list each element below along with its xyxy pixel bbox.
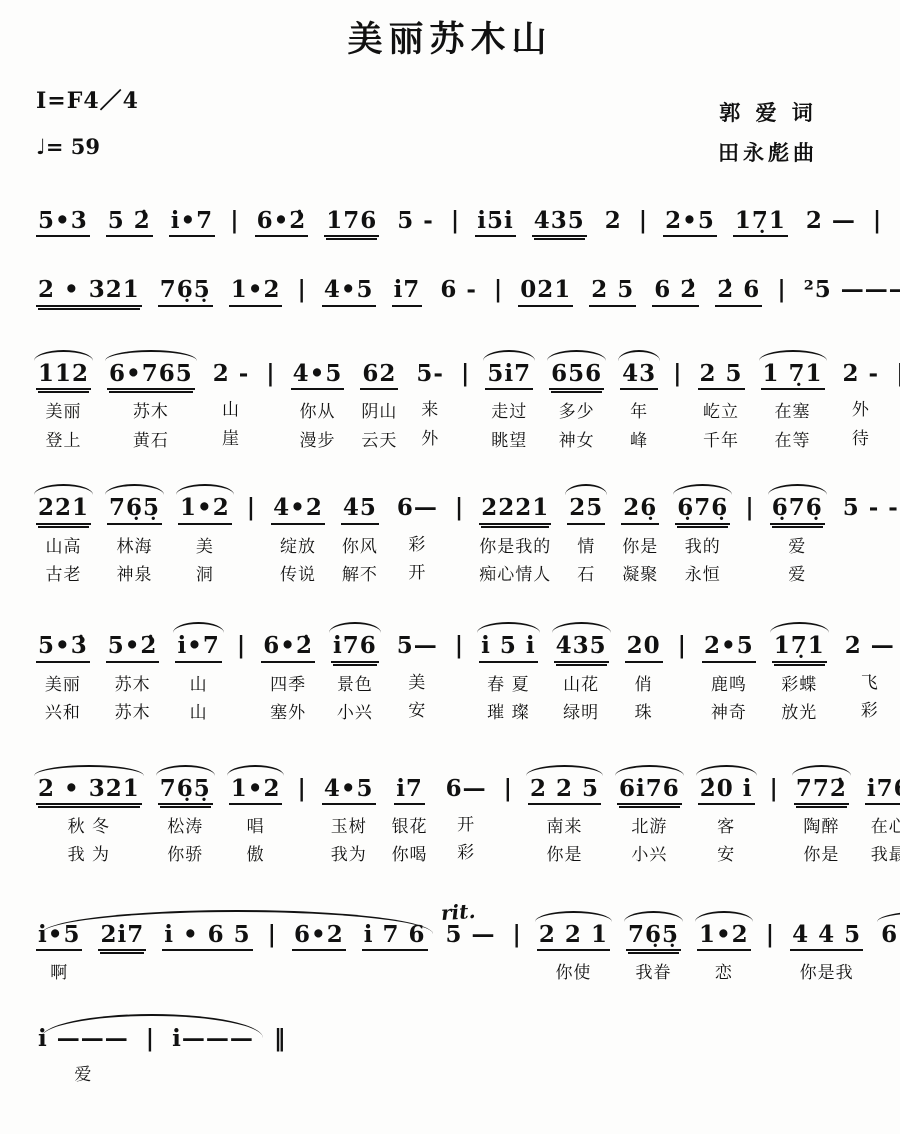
note-group: i • 6 5	[162, 922, 252, 951]
lyric-syllable: 美丽	[36, 402, 91, 422]
note-group: 6•2̇	[261, 633, 315, 662]
lyric-syllable: 我的	[675, 537, 730, 557]
lyric-syllable	[453, 535, 466, 555]
lyric-syllable	[764, 961, 777, 981]
lyric-syllable: 凝聚	[621, 565, 659, 585]
note-cell: 6i76北游小兴	[617, 776, 682, 866]
lyric-syllable: 安	[698, 845, 755, 865]
note-cell: 5 —	[444, 922, 498, 981]
barline-glyph: |	[502, 776, 515, 803]
note-group: 4•2	[271, 495, 325, 524]
lyric-syllable: 苏木	[106, 703, 160, 723]
lyric-syllable: 年	[620, 402, 658, 422]
note-group: 5i7	[485, 361, 533, 390]
lyric-syllable	[841, 563, 900, 583]
note-group: 2 -	[841, 361, 882, 388]
note-cell: i•7山山	[175, 633, 221, 723]
note-cell: 221山高古老	[36, 495, 91, 585]
note-group: 2221	[479, 495, 551, 524]
note-group: 4•5	[291, 361, 345, 390]
lyric-syllable: 珠	[625, 703, 663, 723]
barline: |	[743, 495, 756, 582]
note-cell: 6•2̇四季塞外	[261, 633, 315, 723]
note-group: 6•2	[292, 922, 346, 951]
note-cell: 45你风解不	[341, 495, 379, 585]
lyric-syllable: 俏	[625, 675, 663, 695]
lyric-syllable	[676, 701, 689, 721]
lyric-syllable: 开	[395, 563, 440, 583]
note-cell: 656多少神女	[549, 361, 604, 451]
lyric-syllable: 美	[178, 537, 232, 557]
note-group: 76̣5̣	[158, 776, 213, 805]
note-cell: 5—美安	[395, 633, 440, 721]
note-cell: i•5啊	[36, 922, 82, 984]
note-cell: 2 2 5南来你是	[528, 776, 601, 866]
lyric-syllable: 千年	[698, 431, 745, 451]
lyric-syllable	[170, 1065, 256, 1085]
note-group: 2̇ 6	[715, 277, 762, 306]
barline: |	[775, 277, 788, 304]
lyric-syllable	[144, 1065, 157, 1085]
lyric-syllable	[453, 563, 466, 583]
lyric-syllable	[245, 563, 258, 583]
note-group: 76̣5̣	[626, 922, 681, 951]
note-group: i76	[331, 633, 379, 662]
lyric-syllable: 来	[414, 400, 446, 420]
note-cell: 5 -	[395, 208, 436, 235]
lyric-syllable: 客	[698, 817, 755, 837]
note-cell: 5-来外	[414, 361, 446, 449]
lyric-syllable: 你是	[528, 845, 601, 865]
lyric-syllable: 黄石	[107, 431, 195, 451]
note-group: 5•3̇	[36, 633, 90, 662]
barline-glyph: |	[449, 208, 462, 235]
lyric-syllable: 在等	[761, 431, 825, 451]
note-cell: 1•2恋	[697, 922, 751, 984]
note-cell: ²5 ———	[802, 277, 900, 304]
lyric-syllable: 传说	[271, 565, 325, 585]
barline-glyph: |	[671, 361, 684, 388]
lyric-syllable: 你从	[291, 402, 345, 422]
note-group: i5i	[475, 208, 515, 237]
note-cell: i5i	[475, 208, 515, 237]
lyric-syllable: 外	[841, 400, 882, 420]
barline-glyph: |	[144, 1026, 157, 1053]
note-cell: 2̇0 i客安	[698, 776, 755, 866]
note-cell: 26̣你是凝聚	[621, 495, 659, 585]
note-cell: 112美丽登上	[36, 361, 91, 451]
lyric-syllable: 美丽	[36, 675, 90, 695]
note-group: 2 • 321	[36, 277, 142, 306]
barline: |	[459, 361, 472, 448]
barline: |	[144, 1026, 157, 1085]
lyric-syllable	[235, 701, 248, 721]
lyric-syllable: 爱	[770, 537, 825, 557]
lyric-syllable: 神泉	[107, 565, 162, 585]
lyric-syllable: 洞	[178, 565, 232, 585]
note-group: i———	[170, 1026, 256, 1053]
note-cell: 2 2 1你使	[537, 922, 610, 984]
barline-glyph: |	[235, 633, 248, 660]
lyric-syllable	[459, 400, 472, 420]
lyric-syllable: 安	[395, 701, 440, 721]
lyric-syllable	[502, 843, 515, 863]
lyric-syllable: 苏木	[107, 402, 195, 422]
lyric-syllable	[743, 563, 756, 583]
lyric-syllable: 我眷	[626, 963, 681, 983]
lyricist-credit: 郭 爱 词	[718, 94, 818, 134]
note-cell: i 5 i春 夏璀 璨	[479, 633, 538, 723]
lyric-syllable: 崖	[211, 429, 252, 449]
lyric-syllable	[894, 400, 900, 420]
note-cell: 76̣5̣	[158, 277, 213, 306]
note-cell: 6•2	[292, 922, 346, 983]
note-cell: 2 —飞彩	[843, 633, 897, 721]
lyric-syllable	[245, 535, 258, 555]
barline: |	[235, 633, 248, 720]
note-cell: 6•2̇	[255, 208, 309, 237]
note-group: 021	[518, 277, 573, 306]
lyric-syllable: 彩	[444, 843, 489, 863]
note-group: 6 2̇	[652, 277, 699, 306]
lyric-syllable: 银花	[392, 817, 428, 837]
barline-glyph: |	[295, 776, 308, 803]
note-cell: 435	[532, 208, 587, 237]
score-line: 2 • 32176̣5̣1•2|4•5i76 -|0212 56 2̇2̇ 6|…	[24, 263, 876, 306]
lyric-syllable: 玉树	[322, 817, 376, 837]
note-group: 25	[567, 495, 605, 524]
barline-glyph: |	[453, 495, 466, 522]
barline: |	[511, 922, 524, 981]
barline-glyph: |	[245, 495, 258, 522]
lyric-syllable: 彩蝶	[772, 675, 827, 695]
lyric-syllable: 啊	[36, 963, 82, 983]
barline: |	[894, 361, 900, 448]
lyric-syllable	[98, 963, 146, 983]
barline-glyph: |	[264, 361, 277, 388]
lyric-syllable: 云天	[360, 431, 398, 451]
note-group: 2 2 5	[528, 776, 601, 805]
lyric-syllable: 最	[879, 961, 900, 981]
lyric-syllable: 漫步	[291, 431, 345, 451]
note-cell: 2 5	[589, 277, 636, 306]
credits: 郭 爱 词 田永彪曲	[718, 94, 818, 174]
lyric-syllable	[453, 673, 466, 693]
note-cell: i•7	[169, 208, 215, 237]
note-group: 2	[603, 208, 624, 235]
note-group: i 7 6	[362, 922, 428, 951]
note-cell: 4•2绽放传说	[271, 495, 325, 585]
lyric-syllable: 绿明	[554, 703, 609, 723]
composer-credit: 田永彪曲	[718, 134, 818, 174]
note-cell: 5•3	[36, 208, 90, 237]
note-cell: 2•5	[663, 208, 717, 237]
barline-glyph: |	[743, 495, 756, 522]
lyric-syllable: 傲	[229, 845, 283, 865]
note-group: i 5 i	[479, 633, 538, 662]
note-group: 6̣76̣	[675, 495, 730, 524]
note-cell: 6 2̈ • 5最	[879, 922, 900, 982]
note-group: ²5 ———	[802, 277, 900, 304]
note-group: i7	[392, 277, 423, 306]
lyric-syllable: 你骄	[158, 845, 213, 865]
note-group: i•7	[175, 633, 221, 662]
barline-glyph: |	[228, 208, 241, 235]
barline: |	[266, 922, 279, 981]
lyric-syllable	[444, 961, 498, 981]
barline-glyph: |	[453, 633, 466, 660]
lyric-syllable	[459, 428, 472, 448]
note-cell: 76̣5̣我眷	[626, 922, 681, 984]
note-cell: 6 -	[438, 277, 479, 304]
note-cell: 2 -外待	[841, 361, 882, 449]
note-cell: 772̇陶醉你是	[794, 776, 849, 866]
note-cell: i 7 6	[362, 922, 428, 983]
note-cell: 5 - -	[841, 495, 900, 582]
lyric-syllable: 秋 冬	[36, 817, 142, 837]
note-group: 2 -	[211, 361, 252, 388]
note-group: 2 —	[804, 208, 858, 235]
note-cell: 4•5玉树我为	[322, 776, 376, 866]
lyric-syllable: 山	[175, 675, 221, 695]
lyric-syllable: 苏木	[106, 675, 160, 695]
lyric-syllable: 神奇	[702, 703, 756, 723]
note-group: 5 —	[444, 922, 498, 949]
note-cell: 5•3̇美丽兴和	[36, 633, 90, 723]
barline-glyph: |	[894, 361, 900, 388]
note-cell: ‖	[272, 1026, 289, 1085]
note-group: 1•2	[697, 922, 751, 951]
barline-glyph: |	[459, 361, 472, 388]
lyric-syllable	[264, 428, 277, 448]
score-line: 112美丽登上6•765苏木黄石2 -山崖|4•5你从漫步62阴山云天5-来外|…	[24, 347, 876, 451]
note-group: 772̇	[794, 776, 849, 805]
barline-glyph: |	[775, 277, 788, 304]
barline-glyph: |	[266, 922, 279, 949]
note-group: i•7	[169, 208, 215, 237]
barline-glyph: |	[492, 277, 505, 304]
lyric-syllable: 唱	[229, 817, 283, 837]
barline: |	[453, 633, 466, 720]
note-cell: 6•765苏木黄石	[107, 361, 195, 451]
barline: |	[671, 361, 684, 448]
note-group: 4 4 5	[790, 922, 863, 951]
lyric-syllable	[272, 1065, 289, 1085]
lyric-syllable: 陶醉	[794, 817, 849, 837]
lyric-syllable: 你是	[621, 537, 659, 557]
note-group: 1•2	[229, 776, 283, 805]
barline-glyph: |	[295, 277, 308, 304]
lyric-syllable: 峰	[620, 431, 658, 451]
lyric-syllable: 在心	[865, 817, 900, 837]
lyric-syllable	[894, 428, 900, 448]
note-group: 2•5	[663, 208, 717, 237]
note-cell: 2•5鹿鸣神奇	[702, 633, 756, 723]
note-cell: 1•2美洞	[178, 495, 232, 585]
note-cell: 1 7̣1在塞在等	[761, 361, 825, 451]
score-line: rit.i•5啊2i7i • 6 5|6•2i 7 65 —|2 2 1你使76…	[24, 908, 876, 984]
lyric-syllable	[511, 961, 524, 981]
note-cell: 20俏珠	[625, 633, 663, 723]
lyric-syllable	[295, 815, 308, 835]
lyric-syllable: 我 为	[36, 845, 142, 865]
lyric-syllable: 爱	[770, 565, 825, 585]
lyric-syllable: 美	[395, 673, 440, 693]
note-group: 6—	[444, 776, 489, 803]
lyric-syllable: 山	[175, 703, 221, 723]
note-cell: 2 • 321	[36, 277, 142, 306]
barline: |	[453, 495, 466, 582]
lyric-syllable: 你喝	[392, 845, 428, 865]
note-cell: 2221你是我的痴心情人	[479, 495, 551, 585]
note-group: 6 2̈ • 5	[879, 922, 900, 949]
score-line: 5•35 2̇i•7|6•2̇1765 -|i5i4352|2•517̣12 —…	[24, 194, 876, 237]
lyric-syllable: 山	[211, 400, 252, 420]
lyric-syllable	[743, 535, 756, 555]
note-cell: 2i7	[98, 922, 146, 983]
sheet-music-page: 美丽苏木山 I=F4／4 ♩= 59 郭 爱 词 田永彪曲 5•35 2̇i•7…	[0, 0, 900, 1134]
note-cell: 6̣76̣我的永恒	[675, 495, 730, 585]
lyric-syllable: 恋	[697, 963, 751, 983]
lyric-syllable: 情	[567, 537, 605, 557]
note-cell: i • 6 5	[162, 922, 252, 983]
lyric-syllable: 北游	[617, 817, 682, 837]
lyric-syllable: 神女	[549, 431, 604, 451]
lyric-syllable	[676, 673, 689, 693]
lyric-syllable: 屹立	[698, 402, 745, 422]
lyric-syllable: 外	[414, 429, 446, 449]
note-cell: 4 4 5你是我	[790, 922, 863, 984]
lyric-syllable	[841, 535, 900, 555]
note-group: ‖	[272, 1026, 289, 1053]
page-title: 美丽苏木山	[24, 12, 876, 62]
note-group: 2•5	[702, 633, 756, 662]
note-cell: i7	[392, 277, 423, 306]
lyric-syllable: 彩	[843, 701, 897, 721]
note-group: 656	[549, 361, 604, 390]
lyric-syllable: 四季	[261, 675, 315, 695]
note-group: 1•2	[229, 277, 283, 306]
note-cell: 2̇ 6	[715, 277, 762, 306]
lyric-syllable: 彩	[395, 535, 440, 555]
lyric-syllable: 阴山	[360, 402, 398, 422]
lyric-syllable: 登上	[36, 431, 91, 451]
lyric-syllable: 小兴	[617, 845, 682, 865]
note-group: i•5	[36, 922, 82, 951]
note-group: 2 5	[589, 277, 636, 306]
barline: |	[245, 495, 258, 582]
lyric-syllable: 春 夏	[479, 675, 538, 695]
note-group: 2 —	[843, 633, 897, 660]
note-cell: 2 5屹立千年	[698, 361, 745, 451]
barline: |	[676, 633, 689, 720]
note-cell: 6—开彩	[444, 776, 489, 864]
note-group: 5 -	[395, 208, 436, 235]
note-group: 2 2 1	[537, 922, 610, 951]
note-cell: i76在心我最	[865, 776, 900, 866]
note-cell: i———	[170, 1026, 256, 1085]
lyric-syllable: 开	[444, 815, 489, 835]
note-group: 20	[625, 633, 663, 662]
lyric-syllable: 你是我的	[479, 537, 551, 557]
score-line: 2 • 321秋 冬我 为76̣5̣松涛你骄1•2唱傲|4•5玉树我为i7银花你…	[24, 762, 876, 866]
lyric-syllable: 在塞	[761, 402, 825, 422]
note-group: 5-	[414, 361, 446, 388]
lyric-syllable: 我为	[322, 845, 376, 865]
lyric-syllable	[671, 400, 684, 420]
lyric-syllable: 兴和	[36, 703, 90, 723]
note-cell: 62阴山云天	[360, 361, 398, 451]
note-group: 17̣1	[772, 633, 827, 662]
note-group: 221	[36, 495, 91, 524]
lyric-syllable	[292, 963, 346, 983]
note-cell: 2 -山崖	[211, 361, 252, 449]
lyric-syllable	[768, 843, 781, 863]
note-cell: 4•5你从漫步	[291, 361, 345, 451]
note-group: 1 7̣1	[761, 361, 825, 390]
score-line: 5•3̇美丽兴和5•2̇苏木苏木i•7山山|6•2̇四季塞外i76景色小兴5—美…	[24, 619, 876, 723]
note-group: 5 - -	[841, 495, 900, 522]
barline: |	[264, 361, 277, 448]
note-group: 43	[620, 361, 658, 390]
lyric-syllable: 我最	[865, 845, 900, 865]
barline-glyph: |	[764, 922, 777, 949]
note-group: 6i76	[617, 776, 682, 805]
note-group: 6 -	[438, 277, 479, 304]
note-group: 435	[554, 633, 609, 662]
note-cell: 5 2̇	[106, 208, 153, 237]
lyric-syllable	[266, 961, 279, 981]
note-cell: 6—彩开	[395, 495, 440, 583]
lyric-syllable: 你风	[341, 537, 379, 557]
note-group: 76̣5̣	[107, 495, 162, 524]
note-cell: i ———爱	[36, 1026, 131, 1086]
note-group: 6—	[395, 495, 440, 522]
note-group: 45	[341, 495, 379, 524]
lyric-syllable	[235, 673, 248, 693]
note-cell: i7银花你喝	[392, 776, 428, 866]
barline: |	[637, 208, 650, 235]
lyric-syllable: 你是	[794, 845, 849, 865]
lyric-syllable: 解不	[341, 565, 379, 585]
note-cell: 176	[324, 208, 379, 237]
note-group: 435	[532, 208, 587, 237]
barline: |	[871, 208, 884, 235]
lyric-syllable: 塞外	[261, 703, 315, 723]
lyric-syllable: 林海	[107, 537, 162, 557]
note-group: 2 5	[698, 361, 745, 390]
lyric-syllable: 松涛	[158, 817, 213, 837]
note-cell: 43年峰	[620, 361, 658, 451]
lyric-syllable	[768, 815, 781, 835]
lyric-syllable: 爱	[36, 1065, 131, 1085]
note-group: 4•5	[322, 277, 376, 306]
note-group: 5—	[395, 633, 440, 660]
note-group: 112	[36, 361, 91, 390]
lyric-syllable: 景色	[331, 675, 379, 695]
note-cell: 17̣1	[733, 208, 788, 237]
lyric-syllable: 飞	[843, 673, 897, 693]
barline: |	[449, 208, 462, 235]
note-cell: 1•2唱傲	[229, 776, 283, 866]
lyric-syllable: 璀 璨	[479, 703, 538, 723]
lyric-syllable: 走过	[485, 402, 533, 422]
note-group: 176	[324, 208, 379, 237]
note-group: i76	[865, 776, 900, 805]
barline: |	[502, 776, 515, 863]
notation-area: 5•35 2̇i•7|6•2̇1765 -|i5i4352|2•517̣12 —…	[24, 194, 876, 1085]
note-group: 4•5	[322, 776, 376, 805]
